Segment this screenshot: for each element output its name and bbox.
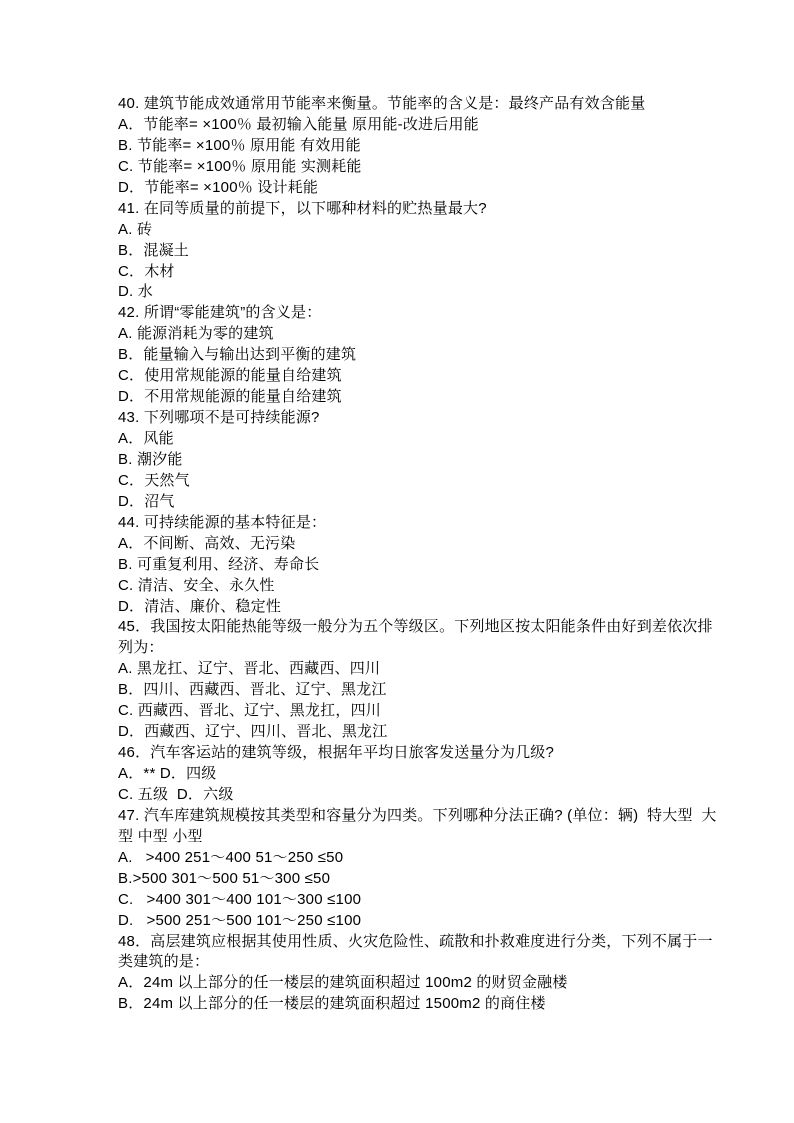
- question-42: 42. 所谓“零能建筑”的含义是： A. 能源消耗为零的建筑 B．能量输入与输出…: [118, 303, 738, 408]
- option-b: B．能量输入与输出达到平衡的建筑: [118, 345, 738, 366]
- question-stem: 42. 所谓“零能建筑”的含义是：: [118, 303, 738, 324]
- question-stem-wrap: 列为：: [118, 638, 738, 659]
- question-list: 40. 建筑节能成效通常用节能率来衡量。节能率的含义是：最终产品有效含能量 A．…: [118, 94, 738, 1015]
- option-d: D. 水: [118, 282, 738, 303]
- option-row-ab: A．** D．四级: [118, 764, 738, 785]
- question-stem: 48．高层建筑应根据其使用性质、火灾危险性、疏散和扑救难度进行分类，下列不属于一: [118, 932, 738, 953]
- question-46: 46．汽车客运站的建筑等级，根据年平均日旅客发送量分为几级? A．** D．四级…: [118, 743, 738, 806]
- option-d: D．节能率= ×100％ 设计耗能: [118, 178, 738, 199]
- option-b: B．四川、西藏西、晋北、辽宁、黑龙江: [118, 680, 738, 701]
- question-stem: 43. 下列哪项不是可持续能源?: [118, 408, 738, 429]
- option-c: C．使用常规能源的能量自给建筑: [118, 366, 738, 387]
- question-48: 48．高层建筑应根据其使用性质、火灾危险性、疏散和扑救难度进行分类，下列不属于一…: [118, 932, 738, 1016]
- option-d: D．西藏西、辽宁、四川、晋北、黑龙江: [118, 722, 738, 743]
- option-a: A．24m 以上部分的任一楼层的建筑面积超过 100m2 的财贸金融楼: [118, 973, 738, 994]
- option-b: B. 潮汐能: [118, 450, 738, 471]
- option-d: D．沼气: [118, 492, 738, 513]
- question-stem: 41. 在同等质量的前提下，以下哪种材料的贮热量最大?: [118, 199, 738, 220]
- option-c: C. 西藏西、晋北、辽宁、黑龙扛，四川: [118, 701, 738, 722]
- option-b: B. 可重复利用、经济、寿命长: [118, 555, 738, 576]
- option-a: A. 能源消耗为零的建筑: [118, 324, 738, 345]
- option-c: C．天然气: [118, 471, 738, 492]
- option-c: C. 清洁、安全、永久性: [118, 576, 738, 597]
- option-d: D．不用常规能源的能量自给建筑: [118, 387, 738, 408]
- option-a: A. >400 251～400 51～250 ≤50: [118, 848, 738, 869]
- option-b: B．混凝土: [118, 241, 738, 262]
- option-row-cd: C. 五级 D．六级: [118, 785, 738, 806]
- option-c: C. >400 301～400 101～300 ≤100: [118, 890, 738, 911]
- question-stem: 44. 可持续能源的基本特征是：: [118, 513, 738, 534]
- option-c: C．木材: [118, 262, 738, 283]
- question-43: 43. 下列哪项不是可持续能源? A．风能 B. 潮汐能 C．天然气 D．沼气: [118, 408, 738, 513]
- question-stem: 45．我国按太阳能热能等级一般分为五个等级区。下列地区按太阳能条件由好到差依次排: [118, 617, 738, 638]
- question-stem: 47. 汽车库建筑规模按其类型和容量分为四类。下列哪种分法正确? (单位：辆) …: [118, 806, 738, 827]
- option-b: B．24m 以上部分的任一楼层的建筑面积超过 1500m2 的商住楼: [118, 994, 738, 1015]
- question-stem: 46．汽车客运站的建筑等级，根据年平均日旅客发送量分为几级?: [118, 743, 738, 764]
- question-44: 44. 可持续能源的基本特征是： A．不间断、高效、无污染 B. 可重复利用、经…: [118, 513, 738, 618]
- option-a: A．风能: [118, 429, 738, 450]
- question-stem-wrap: 型 中型 小型: [118, 827, 738, 848]
- question-stem-wrap: 类建筑的是：: [118, 952, 738, 973]
- question-45: 45．我国按太阳能热能等级一般分为五个等级区。下列地区按太阳能条件由好到差依次排…: [118, 617, 738, 743]
- option-a: A．不间断、高效、无污染: [118, 534, 738, 555]
- question-47: 47. 汽车库建筑规模按其类型和容量分为四类。下列哪种分法正确? (单位：辆) …: [118, 806, 738, 932]
- question-stem: 40. 建筑节能成效通常用节能率来衡量。节能率的含义是：最终产品有效含能量: [118, 94, 738, 115]
- document-page: 40. 建筑节能成效通常用节能率来衡量。节能率的含义是：最终产品有效含能量 A．…: [0, 0, 794, 1123]
- option-b: B. 节能率= ×100％ 原用能 有效用能: [118, 136, 738, 157]
- option-a: A. 黑龙扛、辽宁、晋北、西藏西、四川: [118, 659, 738, 680]
- option-d: D．清洁、廉价、稳定性: [118, 597, 738, 618]
- option-b: B.>500 301～500 51～300 ≤50: [118, 869, 738, 890]
- option-d: D. >500 251～500 101～250 ≤100: [118, 911, 738, 932]
- question-41: 41. 在同等质量的前提下，以下哪种材料的贮热量最大? A. 砖 B．混凝土 C…: [118, 199, 738, 304]
- question-40: 40. 建筑节能成效通常用节能率来衡量。节能率的含义是：最终产品有效含能量 A．…: [118, 94, 738, 199]
- option-c: C. 节能率= ×100％ 原用能 实测耗能: [118, 157, 738, 178]
- option-a: A. 砖: [118, 220, 738, 241]
- option-a: A．节能率= ×100％ 最初输入能量 原用能-改进后用能: [118, 115, 738, 136]
